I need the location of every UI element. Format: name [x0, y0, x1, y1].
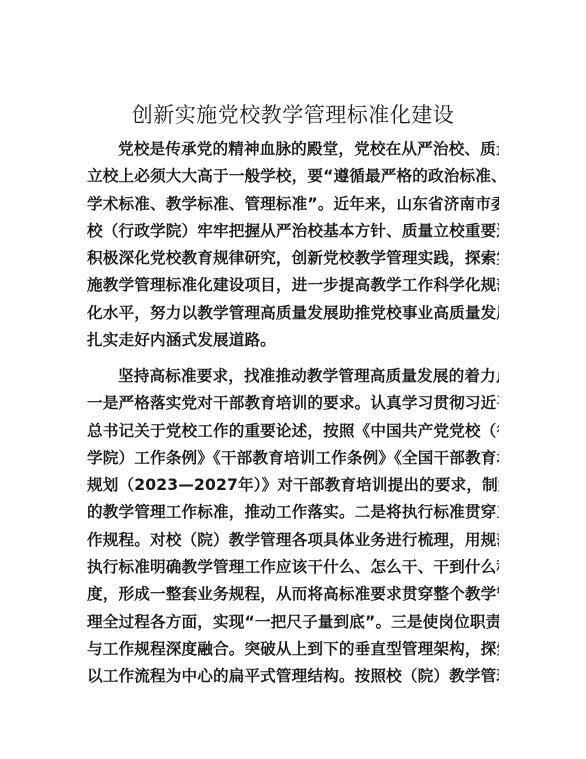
text-line: 扎实走好内涵式发展道路。 — [87, 327, 499, 354]
document-title: 创新实施党校教学管理标准化建设 — [0, 101, 586, 129]
text-line: 党校是传承党的精神血脉的殿堂，党校在从严治校、质量 — [87, 136, 499, 163]
text-line: 度，形成一整套业务规程，从而将高标准要求贯穿整个教学管 — [87, 581, 499, 608]
paragraph-1: 党校是传承党的精神血脉的殿堂，党校在从严治校、质量 立校上必须大大高于一般学校，… — [87, 136, 499, 354]
text-line: 化水平，努力以教学管理高质量发展助推党校事业高质量发展， — [87, 300, 499, 327]
text-line: 施教学管理标准化建设项目，进一步提高教学工作科学化规范 — [87, 272, 499, 299]
text-line: 理全过程各方面，实现“一把尺子量到底”。三是使岗位职责 — [87, 609, 499, 636]
text-line: 校（行政学院）牢牢把握从严治校基本方针、质量立校重要遵循， — [87, 218, 499, 245]
text-line: 与工作规程深度融合。突破从上到下的垂直型管理架构，探索 — [87, 636, 499, 663]
text-line: 的教学管理工作标准，推动工作落实。二是将执行标准贯穿工 — [87, 499, 499, 526]
text-line: 积极深化党校教育规律研究，创新党校教学管理实践，探索实 — [87, 245, 499, 272]
paragraph-2: 坚持高标准要求，找准推动教学管理高质量发展的着力点。 一是严格落实党对干部教育培… — [87, 363, 499, 691]
text-line: 执行标准明确教学管理工作应该干什么、怎么干、干到什么程 — [87, 554, 499, 581]
document-page: 创新实施党校教学管理标准化建设 党校是传承党的精神血脉的殿堂，党校在从严治校、质… — [0, 0, 586, 759]
text-line: 坚持高标准要求，找准推动教学管理高质量发展的着力点。 — [87, 363, 499, 390]
text-line: 总书记关于党校工作的重要论述，按照《中国共产党党校（行政 — [87, 418, 499, 445]
text-line: 以工作流程为中心的扁平式管理结构。按照校（院）教学管理内 — [87, 663, 499, 690]
text-line: 规划（2023—2027年）》对干部教育培训提出的要求，制定严格 — [87, 472, 499, 499]
text-line: 一是严格落实党对干部教育培训的要求。认真学习贯彻习近平 — [87, 390, 499, 417]
text-line: 学术标准、教学标准、管理标准”。近年来，山东省济南市委党 — [87, 191, 499, 218]
text-line: 立校上必须大大高于一般学校，要“遵循最严格的政治标准、 — [87, 163, 499, 190]
text-line: 作规程。对校（院）教学管理各项具体业务进行梳理，用规范的 — [87, 527, 499, 554]
text-line: 学院）工作条例》《干部教育培训工作条例》《全国干部教育培训 — [87, 445, 499, 472]
